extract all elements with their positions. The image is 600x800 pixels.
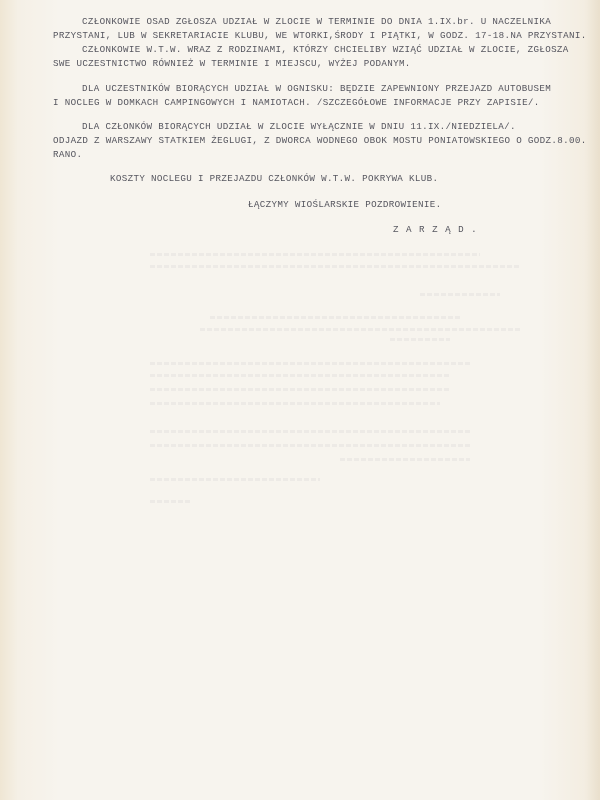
bleed-through-line: [150, 388, 450, 391]
bleed-through-line: [200, 328, 520, 331]
paragraph-1-line-2: PRZYSTANI, LUB W SEKRETARIACIE KLUBU, WE…: [53, 30, 587, 42]
paragraph-2-line-1: CZŁONKOWIE W.T.W. WRAZ Z RODZINAMI, KTÓR…: [82, 44, 569, 56]
bleed-through-line: [150, 253, 480, 256]
bleed-through-line: [420, 293, 500, 296]
bleed-through-line: [150, 430, 470, 433]
signature: Z A R Z Ą D .: [393, 224, 478, 236]
paragraph-3-line-1: DLA UCZESTNIKÓW BIORĄCYCH UDZIAŁ W OGNIS…: [82, 83, 551, 95]
typewritten-page: CZŁONKOWIE OSAD ZGŁOSZA UDZIAŁ W ZLOCIE …: [0, 0, 600, 800]
bleed-through-line: [150, 265, 520, 268]
bleed-through-line: [150, 362, 470, 365]
bleed-through-line: [150, 500, 190, 503]
paragraph-4-line-3: RANO.: [53, 149, 82, 161]
paragraph-2-line-2: SWE UCZESTNICTWO RÓWNIEŻ W TERMINIE I MI…: [53, 58, 411, 70]
closing-greeting: ŁĄCZYMY WIOŚLARSKIE POZDROWIENIE.: [248, 199, 442, 211]
paragraph-5-line-1: KOSZTY NOCLEGU I PRZEJAZDU CZŁONKÓW W.T.…: [110, 173, 438, 185]
bleed-through-line: [150, 478, 320, 481]
paragraph-4-line-1: DLA CZŁONKÓW BIORĄCYCH UDZIAŁ W ZLOCIE W…: [82, 121, 516, 133]
bleed-through-line: [210, 316, 460, 319]
paragraph-1-line-1: CZŁONKOWIE OSAD ZGŁOSZA UDZIAŁ W ZLOCIE …: [82, 16, 551, 28]
bleed-through-line: [150, 444, 470, 447]
bleed-through-line: [340, 458, 470, 461]
paragraph-3-line-2: I NOCLEG W DOMKACH CAMPINGOWYCH I NAMIOT…: [53, 97, 540, 109]
bleed-through-line: [150, 402, 440, 405]
bleed-through-line: [390, 338, 450, 341]
bleed-through-line: [150, 374, 450, 377]
paragraph-4-line-2: ODJAZD Z WARSZAWY STATKIEM ŻEGLUGI, Z DW…: [53, 135, 587, 147]
